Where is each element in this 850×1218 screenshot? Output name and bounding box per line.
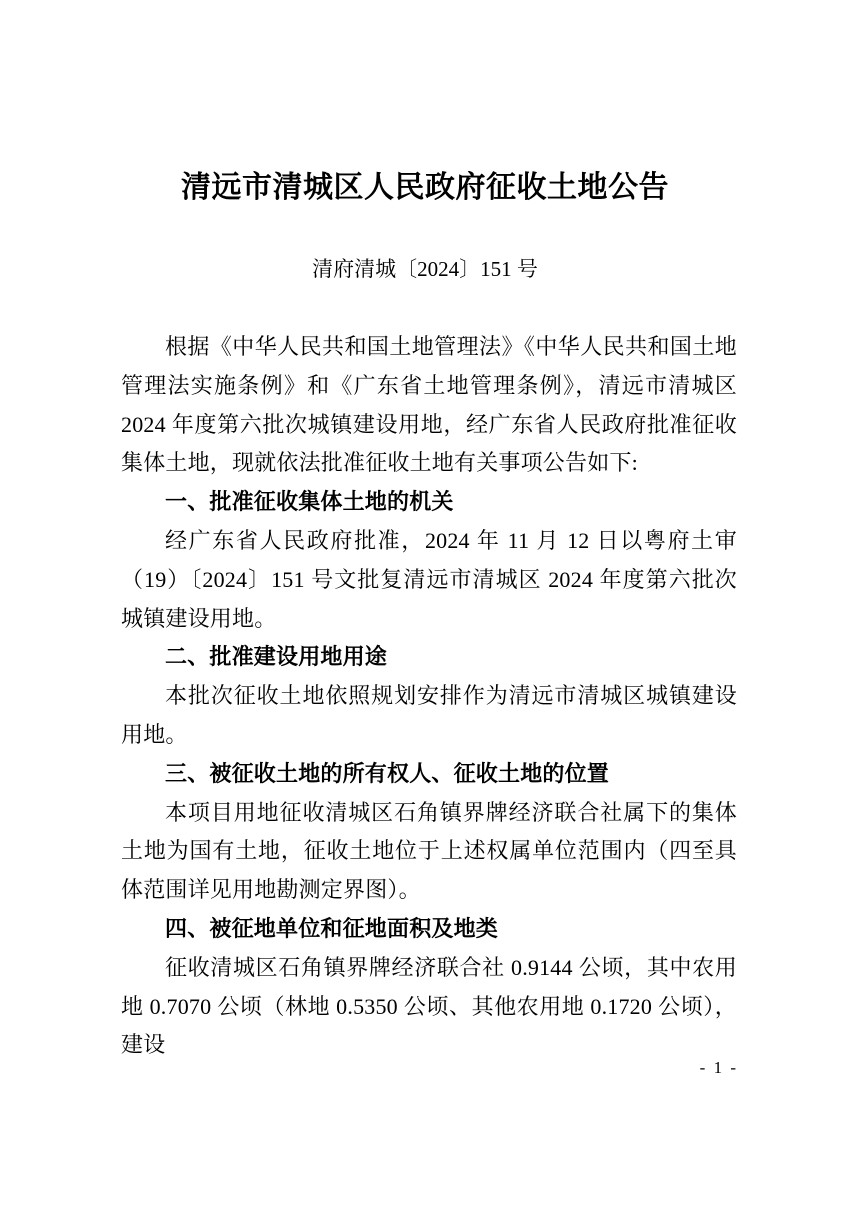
document-title: 清远市清城区人民政府征收土地公告 <box>0 0 850 210</box>
paragraph-section-3: 本项目用地征收清城区石角镇界牌经济联合社属下的集体土地为国有土地，征收土地位于上… <box>121 794 737 910</box>
paragraph-intro: 根据《中华人民共和国土地管理法》《中华人民共和国土地管理法实施条例》和《广东省土… <box>121 328 737 483</box>
document-number: 清府清城〔2024〕151 号 <box>0 254 850 284</box>
document-page: 清远市清城区人民政府征收土地公告 清府清城〔2024〕151 号 根据《中华人民… <box>0 0 850 1218</box>
section-heading-1: 一、批准征收集体土地的机关 <box>121 483 737 522</box>
section-heading-2: 二、批准建设用地用途 <box>121 638 737 677</box>
page-number: - 1 - <box>700 1058 738 1078</box>
document-body: 根据《中华人民共和国土地管理法》《中华人民共和国土地管理法实施条例》和《广东省土… <box>121 328 737 1065</box>
paragraph-section-1: 经广东省人民政府批准，2024 年 11 月 12 日以粤府土审（19）〔202… <box>121 522 737 638</box>
paragraph-section-4: 征收清城区石角镇界牌经济联合社 0.9144 公顷，其中农用地 0.7070 公… <box>121 949 737 1065</box>
section-heading-3: 三、被征收土地的所有权人、征收土地的位置 <box>121 755 737 794</box>
section-heading-4: 四、被征地单位和征地面积及地类 <box>121 910 737 949</box>
paragraph-section-2: 本批次征收土地依照规划安排作为清远市清城区城镇建设用地。 <box>121 677 737 755</box>
